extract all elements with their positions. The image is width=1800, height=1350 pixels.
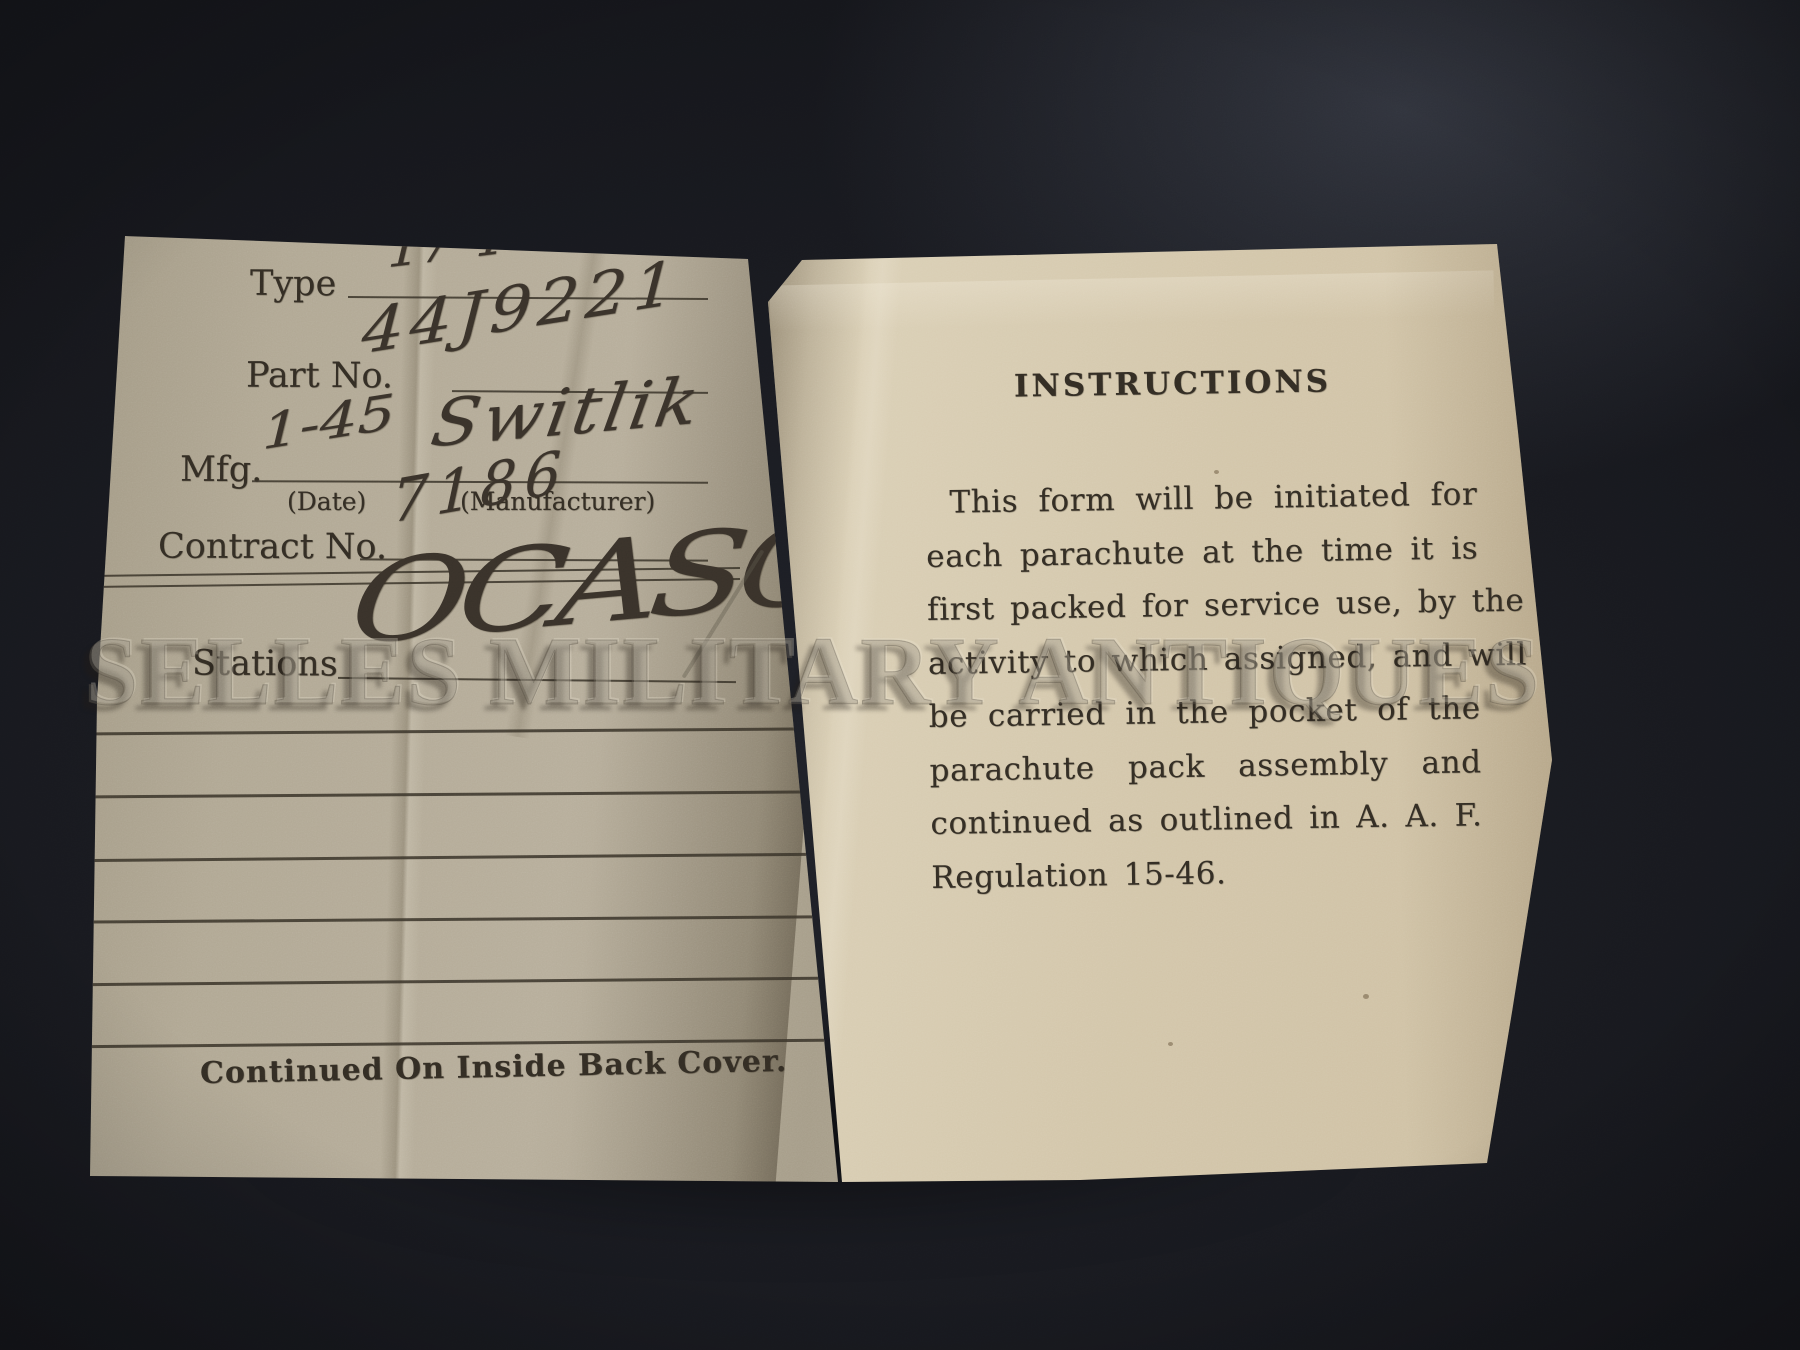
instructions-line: first packed for service use, by the — [927, 575, 1480, 637]
paper-speck — [1168, 1042, 1173, 1046]
date-sublabel: (Date) — [287, 487, 366, 516]
contract-no-label: Contract No. — [158, 527, 387, 568]
type-handwritten-value: 17-4 — [386, 205, 505, 280]
type-label: Type — [250, 264, 337, 305]
instructions-paragraph: This form will be initiated foreach para… — [925, 468, 1484, 905]
instructions-line: parachute pack assembly and — [929, 736, 1482, 798]
instructions-line: each parachute at the time it is — [926, 522, 1479, 584]
instructions-line: Regulation 15-46. — [931, 843, 1484, 905]
instructions-line: activity to which assigned, and will — [928, 629, 1481, 691]
mfg-label: Mfg. — [180, 450, 263, 490]
contract-no-handwritten-value: 7186 — [391, 436, 570, 537]
paper-speck — [1363, 994, 1369, 999]
instructions-line: This form will be initiated for — [925, 468, 1478, 530]
instructions-heading: INSTRUCTIONS — [1014, 364, 1332, 405]
photo-of-parachute-log-booklet: Type 17-4 Part No. 44J9221 Mfg. (Date) (… — [0, 0, 1800, 1350]
instructions-line: continued as outlined in A. A. F. — [930, 789, 1483, 851]
stations-label: Stations — [192, 643, 338, 684]
instructions-line: be carried in the pocket of the — [928, 682, 1481, 744]
